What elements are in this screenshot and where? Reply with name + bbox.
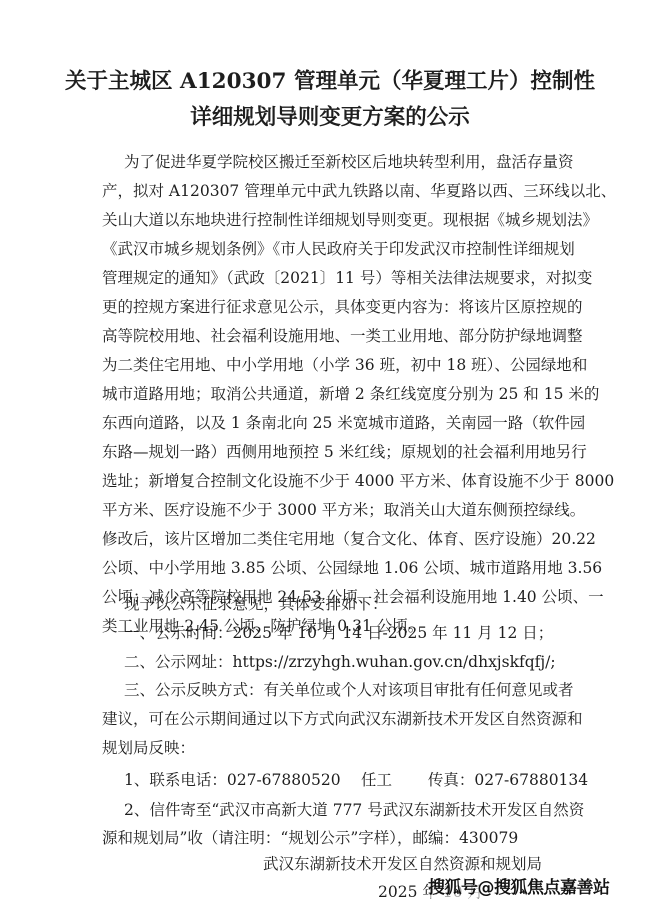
contact-phone-fax: 1、联系电话：027-67880520 任工 传真：027-67880134	[124, 770, 572, 790]
watermark: 搜狐号@搜狐焦点嘉善站	[428, 873, 610, 898]
feedback-method-line: 规划局反映：	[102, 738, 572, 758]
body-line: 更的控规方案进行征求意见公示，具体变更内容为：将该片区原控规的	[102, 297, 572, 317]
body-line: 平方米、医疗设施不少于 3000 平方米；取消关山大道东侧预控绿线。	[102, 500, 572, 520]
body-line: 高等院校用地、社会福利设施用地、一类工业用地、部分防护绿地调整	[102, 326, 572, 346]
feedback-method-line: 三、公示反映方式：有关单位或个人对该项目审批有任何意见或者	[124, 680, 572, 700]
body-line: 产，拟对 A120307 管理单元中武九铁路以南、华夏路以西、三环线以北、	[102, 181, 572, 201]
signature-org: 武汉东湖新技术开发区自然资源和规划局	[263, 854, 563, 874]
mail-address-line: 源和规划局”收（请注明：“规划公示”字样），邮编：430079	[102, 828, 572, 848]
body-line: 城市道路用地；取消公共通道，新增 2 条红线宽度分别为 25 和 15 米的	[102, 384, 572, 404]
body-line: 《武汉市城乡规划条例》《市人民政府关于印发武汉市控制性详细规划	[102, 239, 572, 259]
feedback-method-line: 建议，可在公示期间通过以下方式向武汉东湖新技术开发区自然资源和	[102, 709, 572, 729]
body-line: 管理规定的通知》（武政〔2021〕11 号）等相关法律法规要求，对拟变	[102, 268, 572, 288]
body-line: 东路—规划一路）西侧用地预控 5 米红线；原规划的社会福利用地另行	[102, 442, 572, 462]
body-line: 为二类住宅用地、中小学用地（小学 36 班，初中 18 班）、公园绿地和	[102, 355, 572, 375]
body-line: 东西向道路，以及 1 条南北向 25 米宽城市道路，关南园一路（软件园	[102, 413, 572, 433]
arrangement-intro: 现予以公示征求意见，具体安排如下：	[124, 594, 572, 614]
body-line: 为了促进华夏学院校区搬迁至新校区后地块转型利用，盘活存量资	[124, 152, 572, 172]
publicity-period: 一、公示时间：2025 年 10 月 14 日-2025 年 11 月 12 日…	[124, 623, 572, 643]
body-line: 关山大道以东地块进行控制性详细规划导则变更。现根据《城乡规划法》	[102, 210, 572, 230]
document-title-line1: 关于主城区 A120307 管理单元（华夏理工片）控制性	[0, 64, 660, 95]
document-title-line2: 详细规划导则变更方案的公示	[0, 100, 660, 131]
publicity-url[interactable]: 二、公示网址：https://zrzyhgh.wuhan.gov.cn/dhxj…	[124, 652, 572, 672]
mail-address-line: 2、信件寄至“武汉市高新大道 777 号武汉东湖新技术开发区自然资	[124, 800, 572, 820]
body-line: 公顷、中小学用地 3.85 公顷、公园绿地 1.06 公顷、城市道路用地 3.5…	[102, 558, 572, 578]
body-line: 修改后，该片区增加二类住宅用地（复合文化、体育、医疗设施）20.22	[102, 529, 572, 549]
body-line: 选址；新增复合控制文化设施不少于 4000 平方米、体育设施不少于 8000	[102, 471, 572, 491]
